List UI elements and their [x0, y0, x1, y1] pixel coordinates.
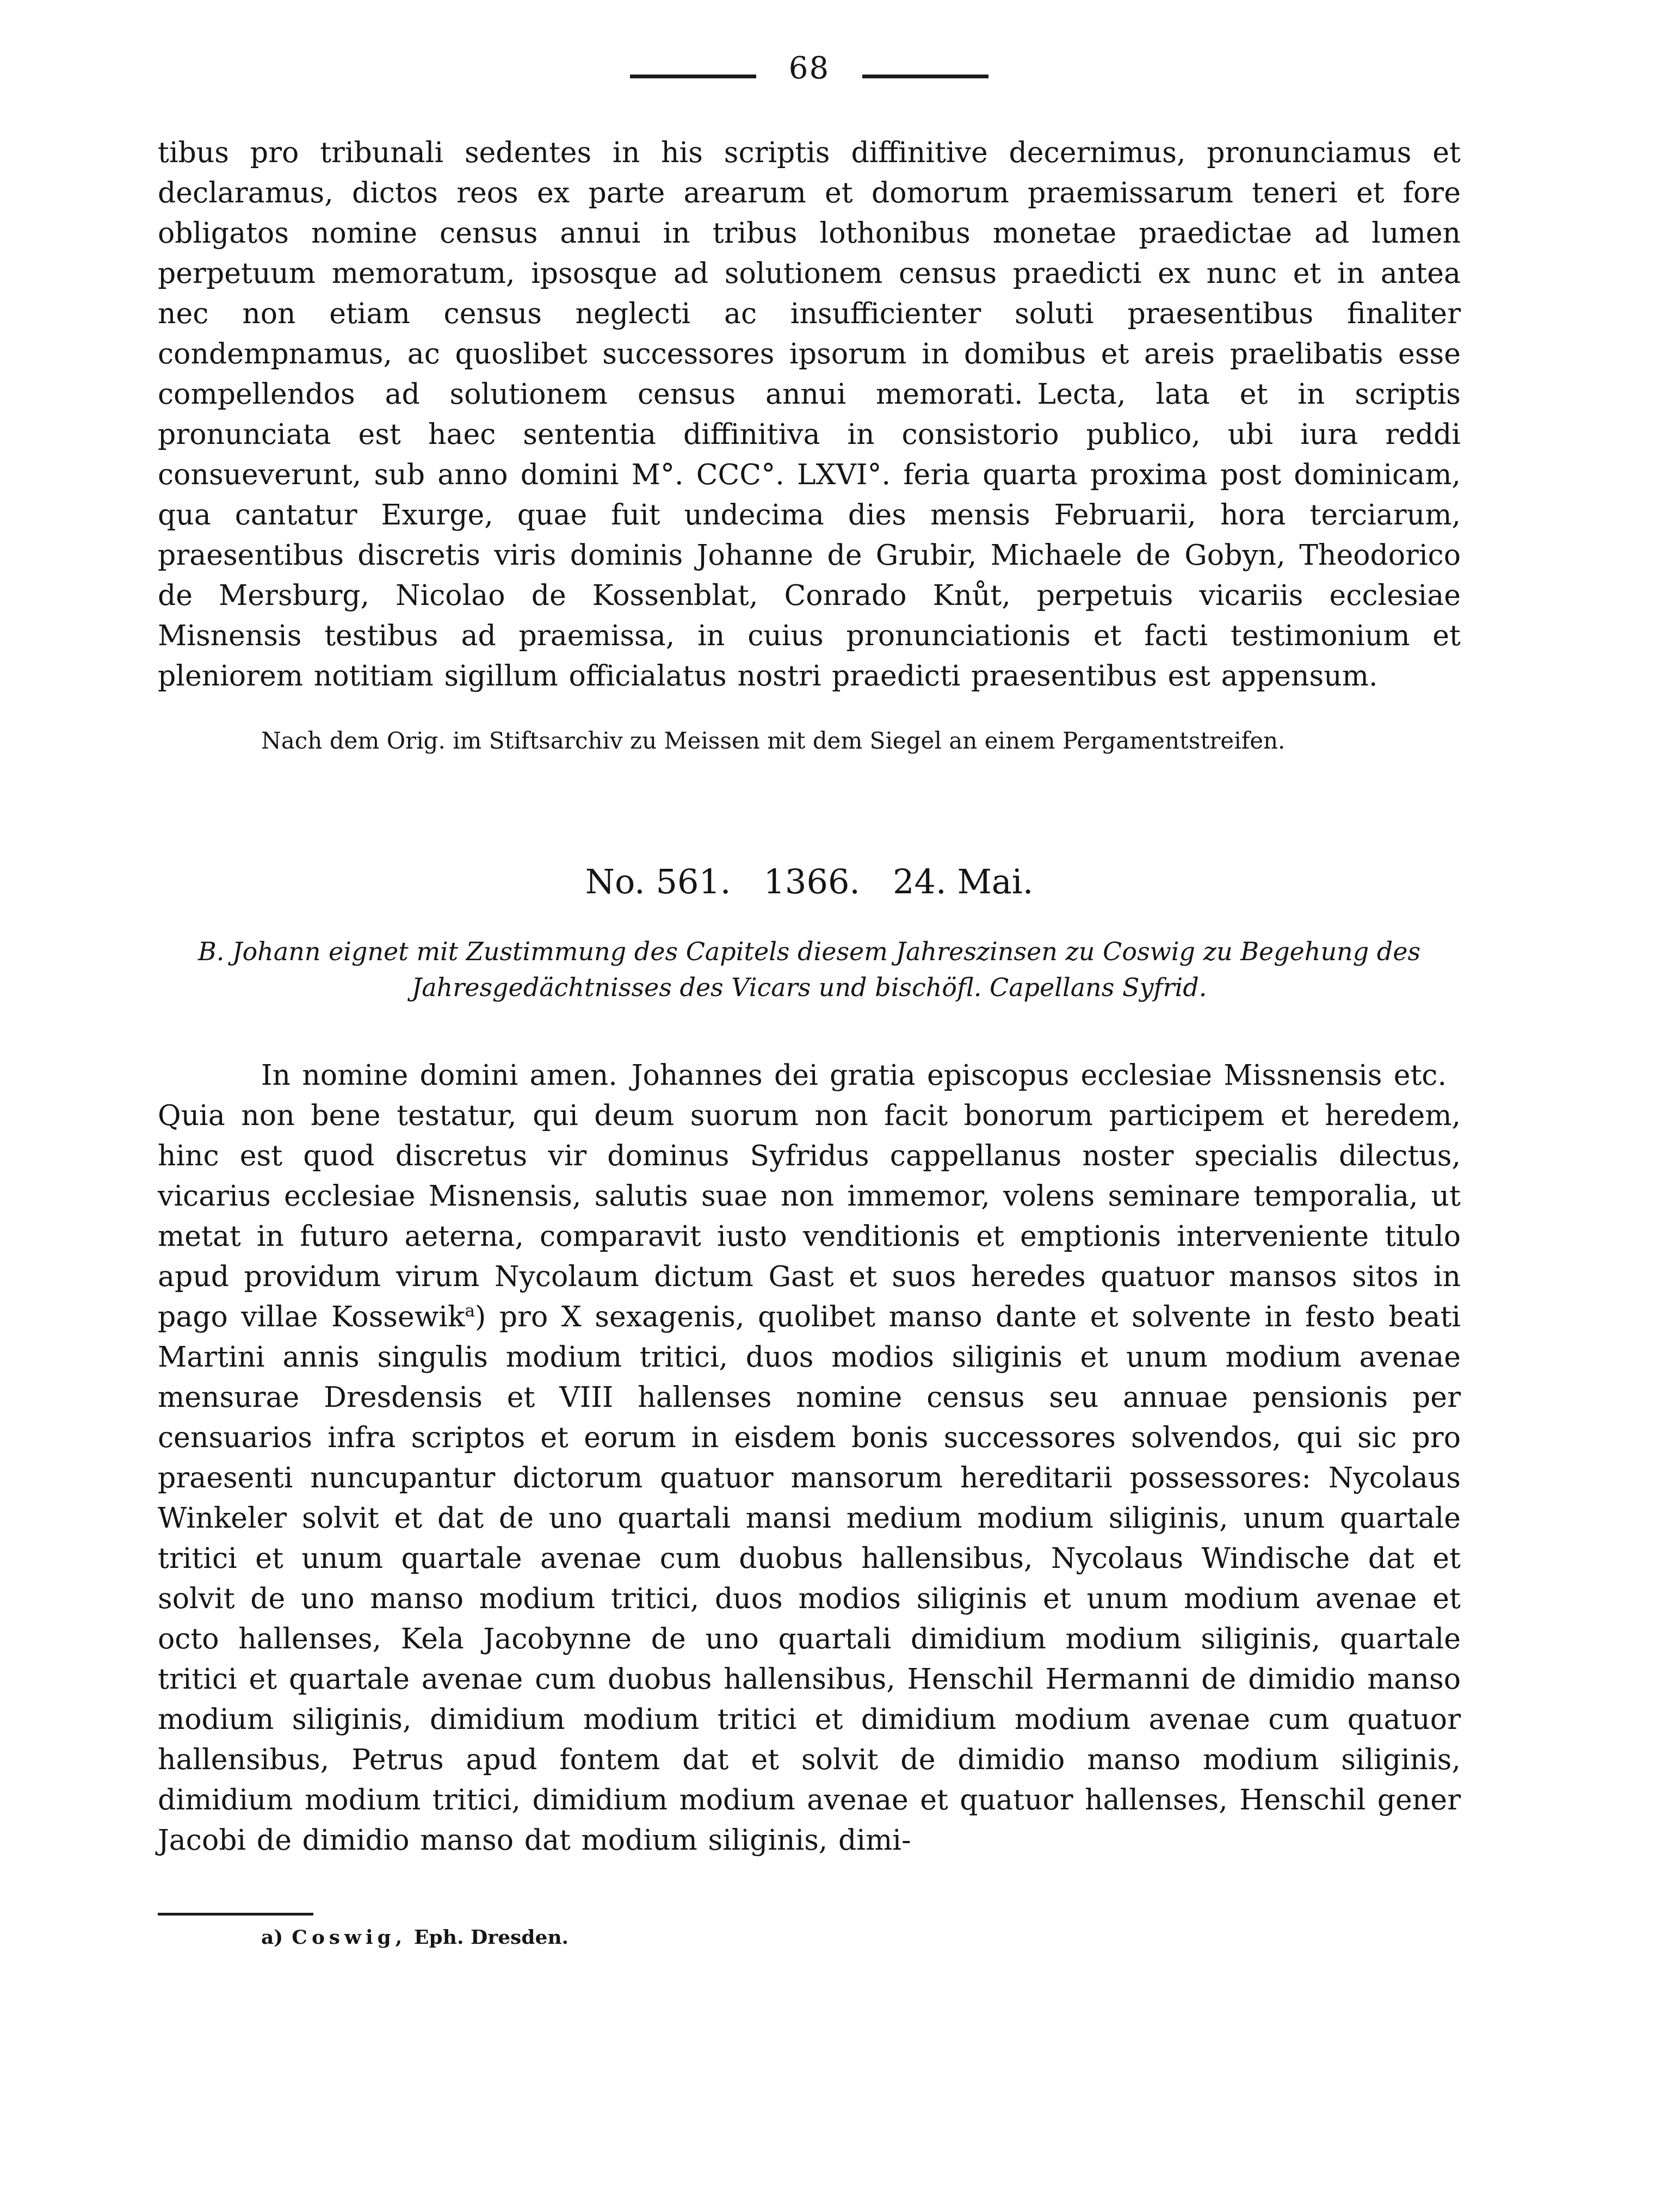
- heading-date: 24. Mai.: [893, 862, 1033, 901]
- page-number-rule-right: [862, 75, 988, 78]
- document-561-summary: B. Johann eignet mit Zustimmung des Capi…: [158, 934, 1461, 1005]
- body-text-before-footnote-ref: In nomine domini amen. Johannes dei grat…: [158, 1059, 1461, 1333]
- footnote: a)Coswig,Eph. Dresden.: [158, 1924, 1461, 1950]
- body-text-after-footnote-ref: ) pro X sexagenis, quolibet manso dante …: [158, 1301, 1461, 1857]
- footnote-marker: a): [261, 1926, 283, 1949]
- footnote-separator-rule: [158, 1913, 313, 1916]
- page-number-rule-left: [630, 75, 756, 78]
- document-561-heading: No. 561.1366.24. Mai.: [158, 863, 1461, 901]
- document-561-text: In nomine domini amen. Johannes dei grat…: [158, 1055, 1461, 1861]
- document-560-text: tibus pro tribunali sedentes in his scri…: [158, 133, 1461, 696]
- heading-year: 1366.: [764, 862, 861, 901]
- book-page: 68 tibus pro tribunali sedentes in his s…: [0, 0, 1662, 2212]
- text-block: 68 tibus pro tribunali sedentes in his s…: [0, 0, 1662, 1950]
- footnote-place-name: Coswig,: [292, 1926, 406, 1949]
- page-header: 68: [158, 0, 1461, 85]
- heading-number: No. 561.: [585, 862, 731, 901]
- footnote-text: Eph. Dresden.: [414, 1926, 569, 1949]
- footnote-ref-marker: a: [465, 1301, 475, 1321]
- page-number: 68: [789, 52, 830, 85]
- source-note: Nach dem Orig. im Stiftsarchiv zu Meisse…: [158, 726, 1461, 756]
